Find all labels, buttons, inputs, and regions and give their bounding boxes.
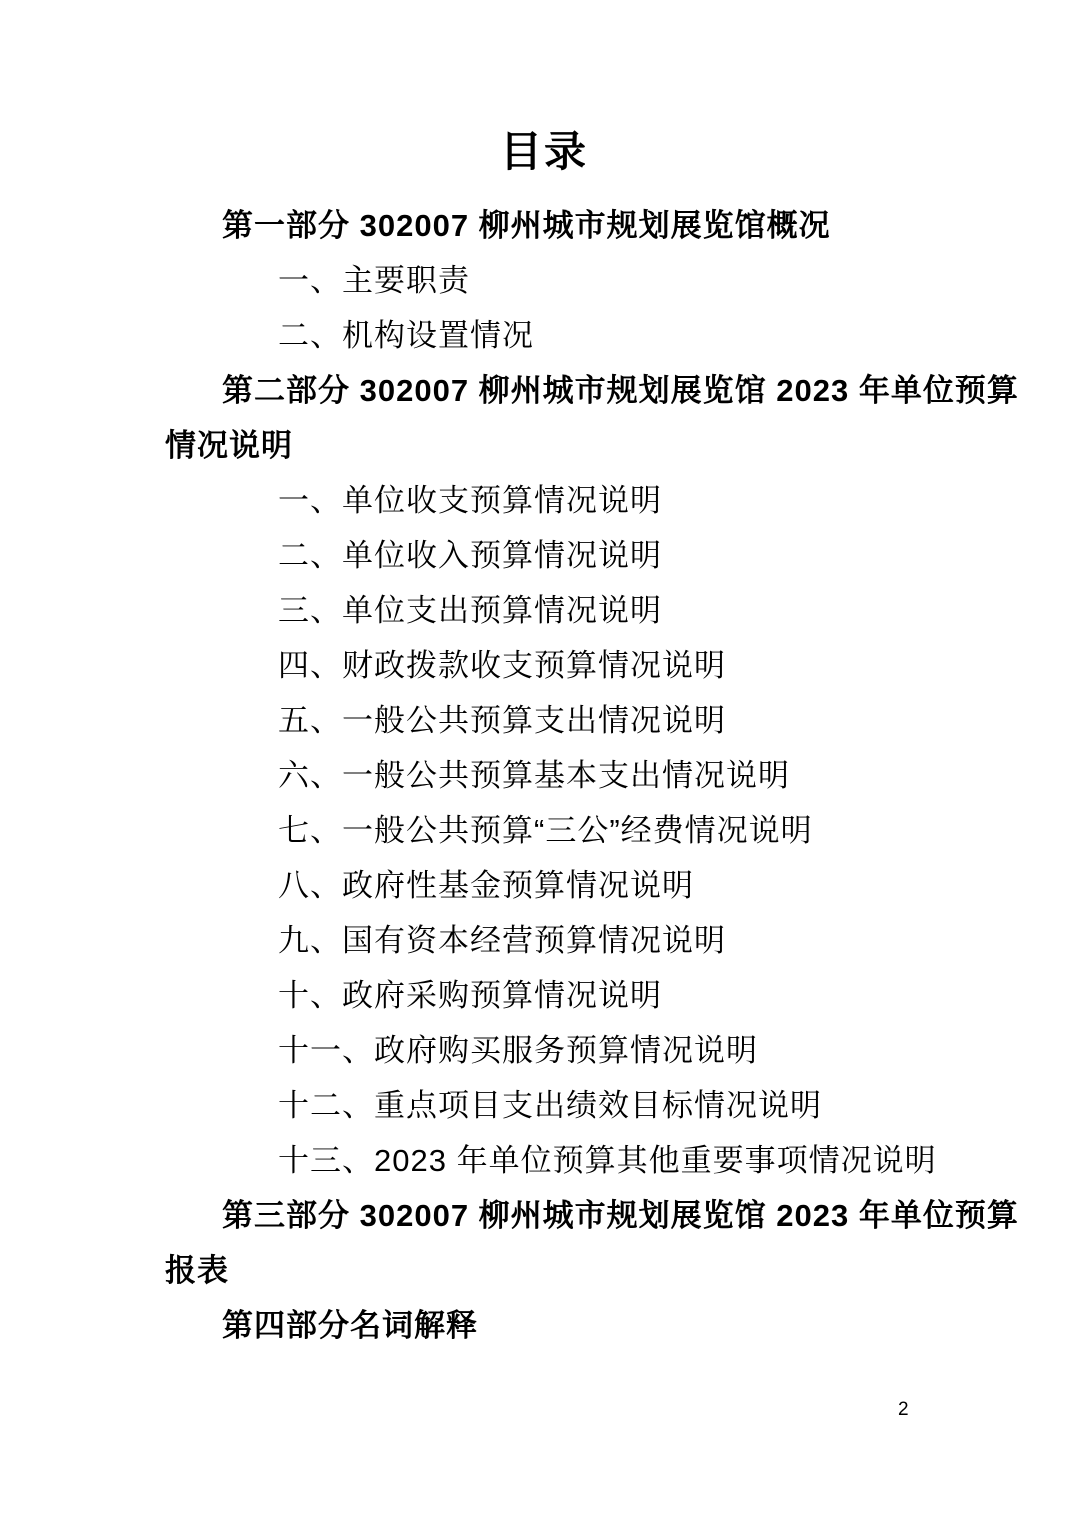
- page-title: 目录: [165, 128, 923, 176]
- toc-entry-part1: 第一部分 302007 柳州城市规划展览馆概况: [165, 198, 923, 253]
- toc-entry-part3-cont: 报表: [165, 1243, 923, 1298]
- document-page: 目录 第一部分 302007 柳州城市规划展览馆概况 一、主要职责 二、机构设置…: [0, 0, 1075, 1520]
- toc-entry-part4: 第四部分名词解释: [165, 1298, 923, 1353]
- toc-entry: 十一、政府购买服务预算情况说明: [165, 1023, 923, 1078]
- toc-entry: 一、单位收支预算情况说明: [165, 473, 923, 528]
- toc-entry: 十二、重点项目支出绩效目标情况说明: [165, 1078, 923, 1133]
- toc-entry: 二、机构设置情况: [165, 308, 923, 363]
- toc-entry-part2: 第二部分 302007 柳州城市规划展览馆 2023 年单位预算: [165, 363, 923, 418]
- toc-entry: 七、一般公共预算“三公”经费情况说明: [165, 803, 923, 858]
- toc-entry: 十三、2023 年单位预算其他重要事项情况说明: [165, 1133, 923, 1188]
- toc-entry: 八、政府性基金预算情况说明: [165, 858, 923, 913]
- toc-entry: 九、国有资本经营预算情况说明: [165, 913, 923, 968]
- toc-entry: 一、主要职责: [165, 253, 923, 308]
- toc-entry: 十、政府采购预算情况说明: [165, 968, 923, 1023]
- toc-entry-part2-cont: 情况说明: [165, 418, 923, 473]
- toc-entry: 五、一般公共预算支出情况说明: [165, 693, 923, 748]
- toc-entry: 三、单位支出预算情况说明: [165, 583, 923, 638]
- toc-entry: 四、财政拨款收支预算情况说明: [165, 638, 923, 693]
- toc-entry: 六、一般公共预算基本支出情况说明: [165, 748, 923, 803]
- toc-entry: 二、单位收入预算情况说明: [165, 528, 923, 583]
- toc-entry-part3: 第三部分 302007 柳州城市规划展览馆 2023 年单位预算: [165, 1188, 923, 1243]
- page-number: 2: [898, 1398, 909, 1422]
- toc-content: 目录 第一部分 302007 柳州城市规划展览馆概况 一、主要职责 二、机构设置…: [165, 128, 923, 1353]
